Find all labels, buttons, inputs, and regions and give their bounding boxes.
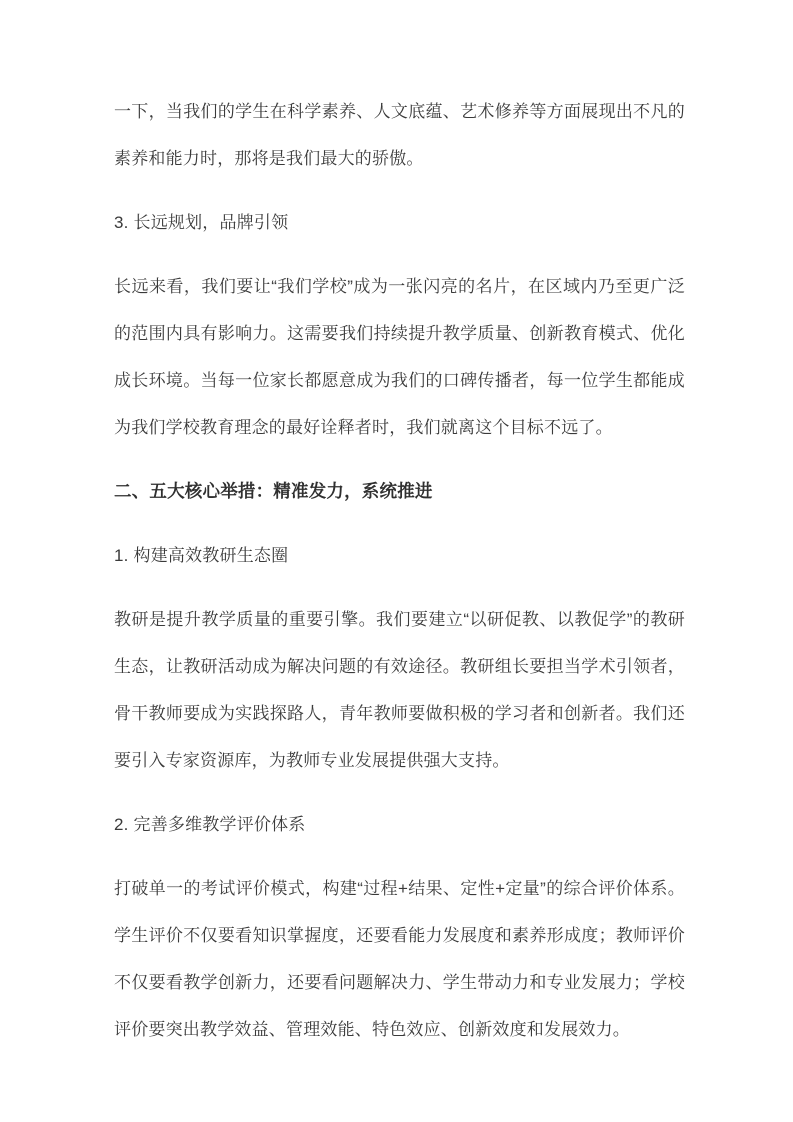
subheading-teaching-research-ecosystem: 1. 构建高效教研生态圈 bbox=[114, 532, 685, 579]
paragraph-evaluation-system: 打破单一的考试评价模式，构建“过程+结果、定性+定量”的综合评价体系。学生评价不… bbox=[114, 865, 685, 1053]
subheading-long-term-planning: 3. 长远规划，品牌引领 bbox=[114, 199, 685, 246]
paragraph-teaching-research: 教研是提升教学质量的重要引擎。我们要建立“以研促教、以教促学”的教研生态，让教研… bbox=[114, 596, 685, 784]
paragraph-long-term-vision: 长远来看，我们要让“我们学校”成为一张闪亮的名片，在区域内乃至更广泛的范围内具有… bbox=[114, 263, 685, 451]
section-heading-five-core-measures: 二、五大核心举措：精准发力，系统推进 bbox=[114, 468, 685, 515]
paragraph-intro-pride: 一下，当我们的学生在科学素养、人文底蕴、艺术修养等方面展现出不凡的素养和能力时，… bbox=[114, 88, 685, 182]
subheading-evaluation-system: 2. 完善多维教学评价体系 bbox=[114, 801, 685, 848]
document-page: 一下，当我们的学生在科学素养、人文底蕴、艺术修养等方面展现出不凡的素养和能力时，… bbox=[0, 0, 793, 1122]
